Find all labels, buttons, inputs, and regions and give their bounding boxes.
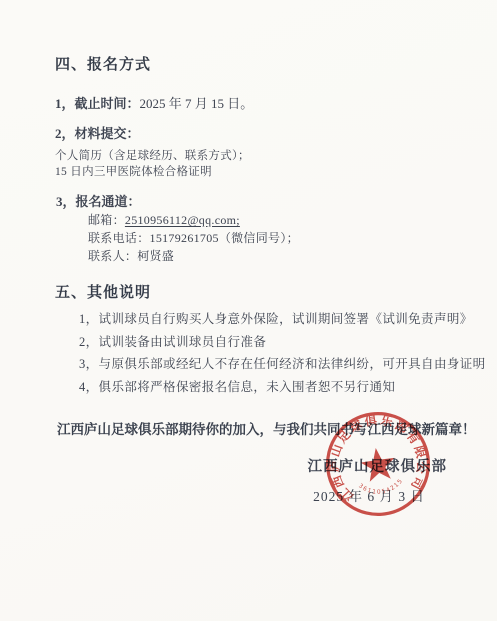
deadline-value: 2025 年 7 月 15 日。 [140, 96, 254, 111]
note-item-insurance: 1，试训球员自行购买人身意外保险，试训期间签署《试训免责声明》 [79, 309, 473, 327]
deadline-label: 1，截止时间： [55, 96, 140, 111]
channel-label: 3，报名通道： [56, 191, 141, 210]
phone-label: 联系电话： [88, 231, 150, 245]
scanned-document-page: 四、报名方式 1，截止时间：2025 年 7 月 15 日。 2，材料提交： 个… [0, 0, 497, 621]
deadline-line: 1，截止时间：2025 年 7 月 15 日。 [55, 93, 253, 112]
phone-value: 15179261705（微信同号）； [150, 231, 299, 245]
materials-line-resume: 个人简历（含足球经历、联系方式）； [55, 147, 250, 163]
note-item-privacy: 4，俱乐部将严格保密报名信息，未入围者恕不另行通知 [79, 377, 395, 395]
materials-line-medical: 15 日内三甲医院体检合格证明 [55, 163, 212, 179]
email-label: 邮箱： [88, 213, 125, 227]
note-item-equipment: 2，试训装备由试训球员自行准备 [79, 332, 266, 350]
email-line: 邮箱：2510956112@qq.com; [88, 211, 240, 228]
note-item-disputes: 3，与原俱乐部或经纪人不存在任何经济和法律纠纷，可开具自由身证明 [79, 354, 486, 372]
section5-heading: 五、其他说明 [55, 281, 151, 302]
signature-date: 2025 年 6 月 3 日 [313, 485, 425, 505]
signature-club-name: 江西庐山足球俱乐部 [308, 455, 448, 476]
closing-line: 江西庐山足球俱乐部期待你的加入，与我们共同书写江西足球新篇章！ [57, 418, 476, 438]
contact-value: 柯贤盛 [137, 249, 174, 263]
section4-heading: 四、报名方式 [55, 53, 151, 74]
contact-line: 联系人：柯贤盛 [88, 247, 174, 264]
materials-label: 2，材料提交： [55, 123, 140, 142]
phone-line: 联系电话：15179261705（微信同号）； [88, 229, 299, 246]
email-value: 2510956112@qq.com; [125, 213, 240, 227]
contact-label: 联系人： [88, 249, 137, 263]
